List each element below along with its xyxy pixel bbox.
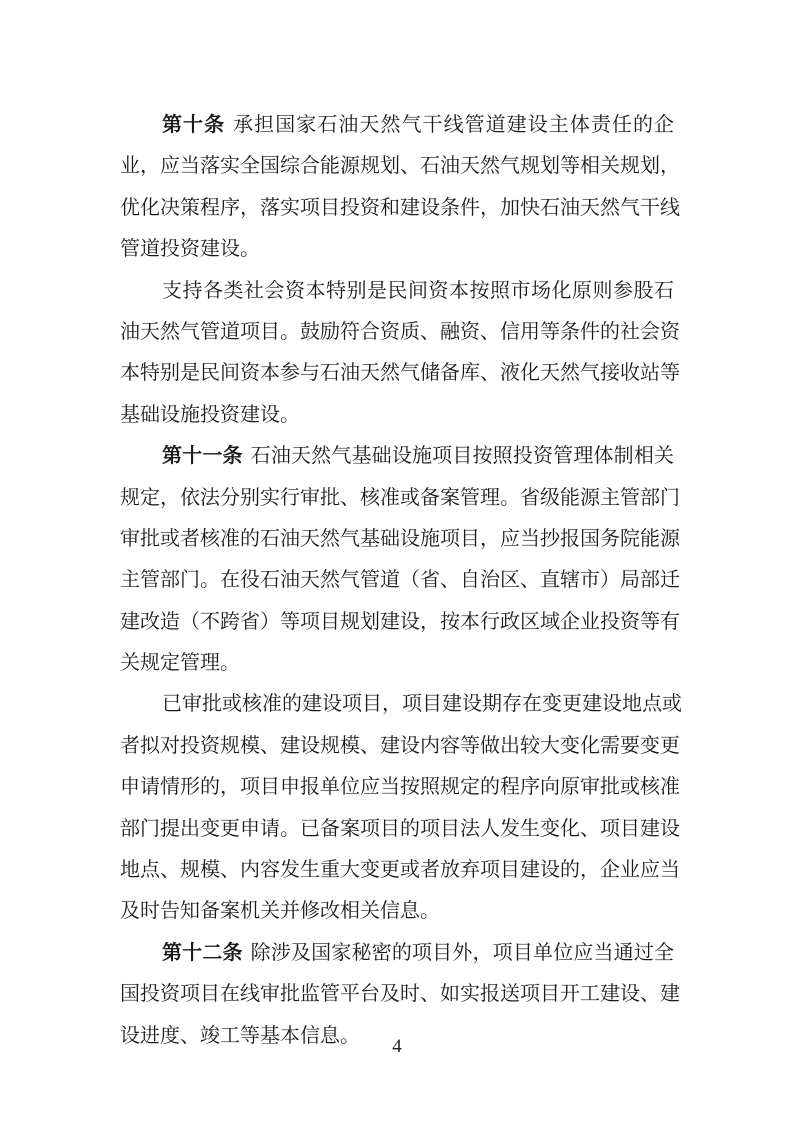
- text-line: 审批或者核准的石油天然气基础设施项目，应当抄报国务院能源: [120, 518, 674, 559]
- text-line: 建改造（不跨省）等项目规划建设，按本行政区域企业投资等有: [120, 601, 674, 642]
- text-line: 申请情形的，项目申报单位应当按照规定的程序向原审批或核准: [120, 766, 674, 807]
- text-line: 优化决策程序，落实项目投资和建设条件，加快石油天然气干线: [120, 187, 674, 228]
- text-line: 国投资项目在线审批监管平台及时、如实报送项目开工建设、建: [120, 973, 674, 1014]
- text-line: 支持各类社会资本特别是民间资本按照市场化原则参股石: [120, 270, 674, 311]
- text-line: 主管部门。在役石油天然气管道（省、自治区、直辖市）局部迁: [120, 559, 674, 600]
- article-heading: 第十一条: [162, 443, 243, 467]
- paragraph-social-capital: 支持各类社会资本特别是民间资本按照市场化原则参股石 油天然气管道项目。鼓励符合资…: [120, 270, 674, 436]
- text-line: 第十一条石油天然气基础设施项目按照投资管理体制相关: [120, 435, 674, 476]
- text-line: 关规定管理。: [120, 642, 674, 683]
- text-line: 者拟对投资规模、建设规模、建设内容等做出较大变化需要变更: [120, 725, 674, 766]
- text-line: 及时告知备案机关并修改相关信息。: [120, 890, 674, 931]
- paragraph-change-application: 已审批或核准的建设项目，项目建设期存在变更建设地点或 者拟对投资规模、建设规模、…: [120, 683, 674, 931]
- page-number: 4: [0, 1036, 794, 1058]
- text-line: 部门提出变更申请。已备案项目的项目法人发生变化、项目建设: [120, 808, 674, 849]
- paragraph-article-10: 第十条承担国家石油天然气干线管道建设主体责任的企 业，应当落实全国综合能源规划、…: [120, 104, 674, 270]
- document-body: 第十条承担国家石油天然气干线管道建设主体责任的企 业，应当落实全国综合能源规划、…: [120, 104, 674, 1056]
- text-line: 基础设施投资建设。: [120, 394, 674, 435]
- text-line: 已审批或核准的建设项目，项目建设期存在变更建设地点或: [120, 683, 674, 724]
- article-heading: 第十二条: [162, 940, 243, 964]
- text-line: 管道投资建设。: [120, 228, 674, 269]
- text-line: 本特别是民间资本参与石油天然气储备库、液化天然气接收站等: [120, 352, 674, 393]
- text-line: 地点、规模、内容发生重大变更或者放弃项目建设的，企业应当: [120, 849, 674, 890]
- text-line: 规定，依法分别实行审批、核准或备案管理。省级能源主管部门: [120, 477, 674, 518]
- text-line: 第十二条除涉及国家秘密的项目外，项目单位应当通过全: [120, 932, 674, 973]
- document-page: 第十条承担国家石油天然气干线管道建设主体责任的企 业，应当落实全国综合能源规划、…: [0, 0, 794, 1123]
- article-heading: 第十条: [162, 112, 225, 136]
- paragraph-article-11: 第十一条石油天然气基础设施项目按照投资管理体制相关 规定，依法分别实行审批、核准…: [120, 435, 674, 683]
- text-line: 油天然气管道项目。鼓励符合资质、融资、信用等条件的社会资: [120, 311, 674, 352]
- text-line: 业，应当落实全国综合能源规划、石油天然气规划等相关规划，: [120, 145, 674, 186]
- text-line: 第十条承担国家石油天然气干线管道建设主体责任的企: [120, 104, 674, 145]
